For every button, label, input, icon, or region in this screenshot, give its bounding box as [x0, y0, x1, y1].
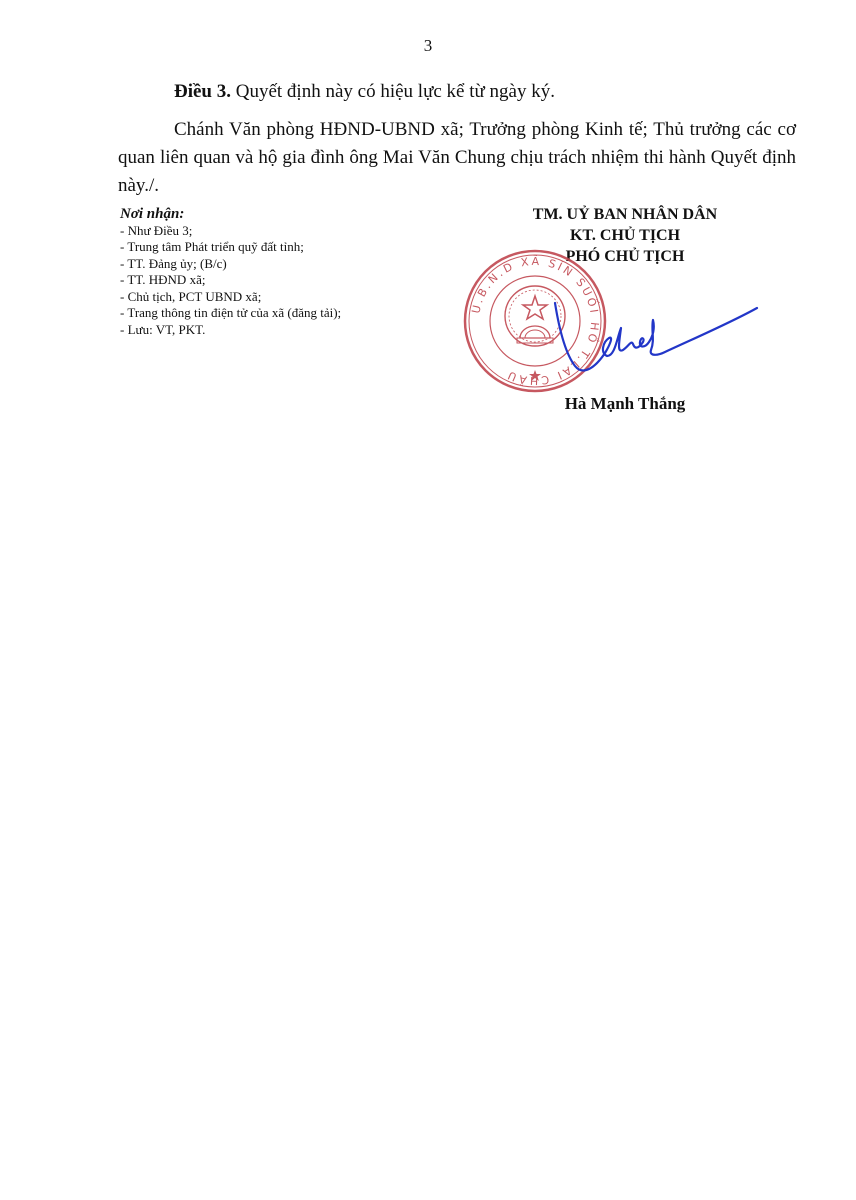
- execution-paragraph: Chánh Văn phòng HĐND-UBND xã; Trưởng phò…: [118, 116, 796, 200]
- recipient-item: - TT. HĐND xã;: [120, 272, 341, 289]
- sign-line-1: TM. UỶ BAN NHÂN DÂN: [480, 204, 770, 225]
- page-number: 3: [0, 36, 856, 56]
- recipient-item: - Chủ tịch, PCT UBND xã;: [120, 289, 341, 306]
- recipient-item: - Như Điều 3;: [120, 223, 341, 240]
- recipients-list: Nơi nhận: - Như Điều 3; - Trung tâm Phát…: [120, 206, 341, 338]
- article-3: Điều 3. Quyết định này có hiệu lực kể từ…: [118, 78, 796, 106]
- handwritten-signature-icon: [545, 298, 760, 383]
- article-3-text: Quyết định này có hiệu lực kể từ ngày ký…: [231, 81, 555, 102]
- article-3-label: Điều 3.: [174, 81, 231, 102]
- recipient-item: - Trung tâm Phát triển quỹ đất tỉnh;: [120, 239, 341, 256]
- execution-text: Chánh Văn phòng HĐND-UBND xã; Trưởng phò…: [118, 119, 796, 196]
- recipient-item: - TT. Đảng ủy; (B/c): [120, 256, 341, 273]
- recipient-item: - Trang thông tin điện tử của xã (đăng t…: [120, 305, 341, 322]
- sign-line-2: KT. CHỦ TỊCH: [480, 225, 770, 246]
- recipients-heading: Nơi nhận:: [120, 206, 341, 223]
- signer-name: Hà Mạnh Thắng: [480, 394, 770, 414]
- recipient-item: - Lưu: VT, PKT.: [120, 322, 341, 339]
